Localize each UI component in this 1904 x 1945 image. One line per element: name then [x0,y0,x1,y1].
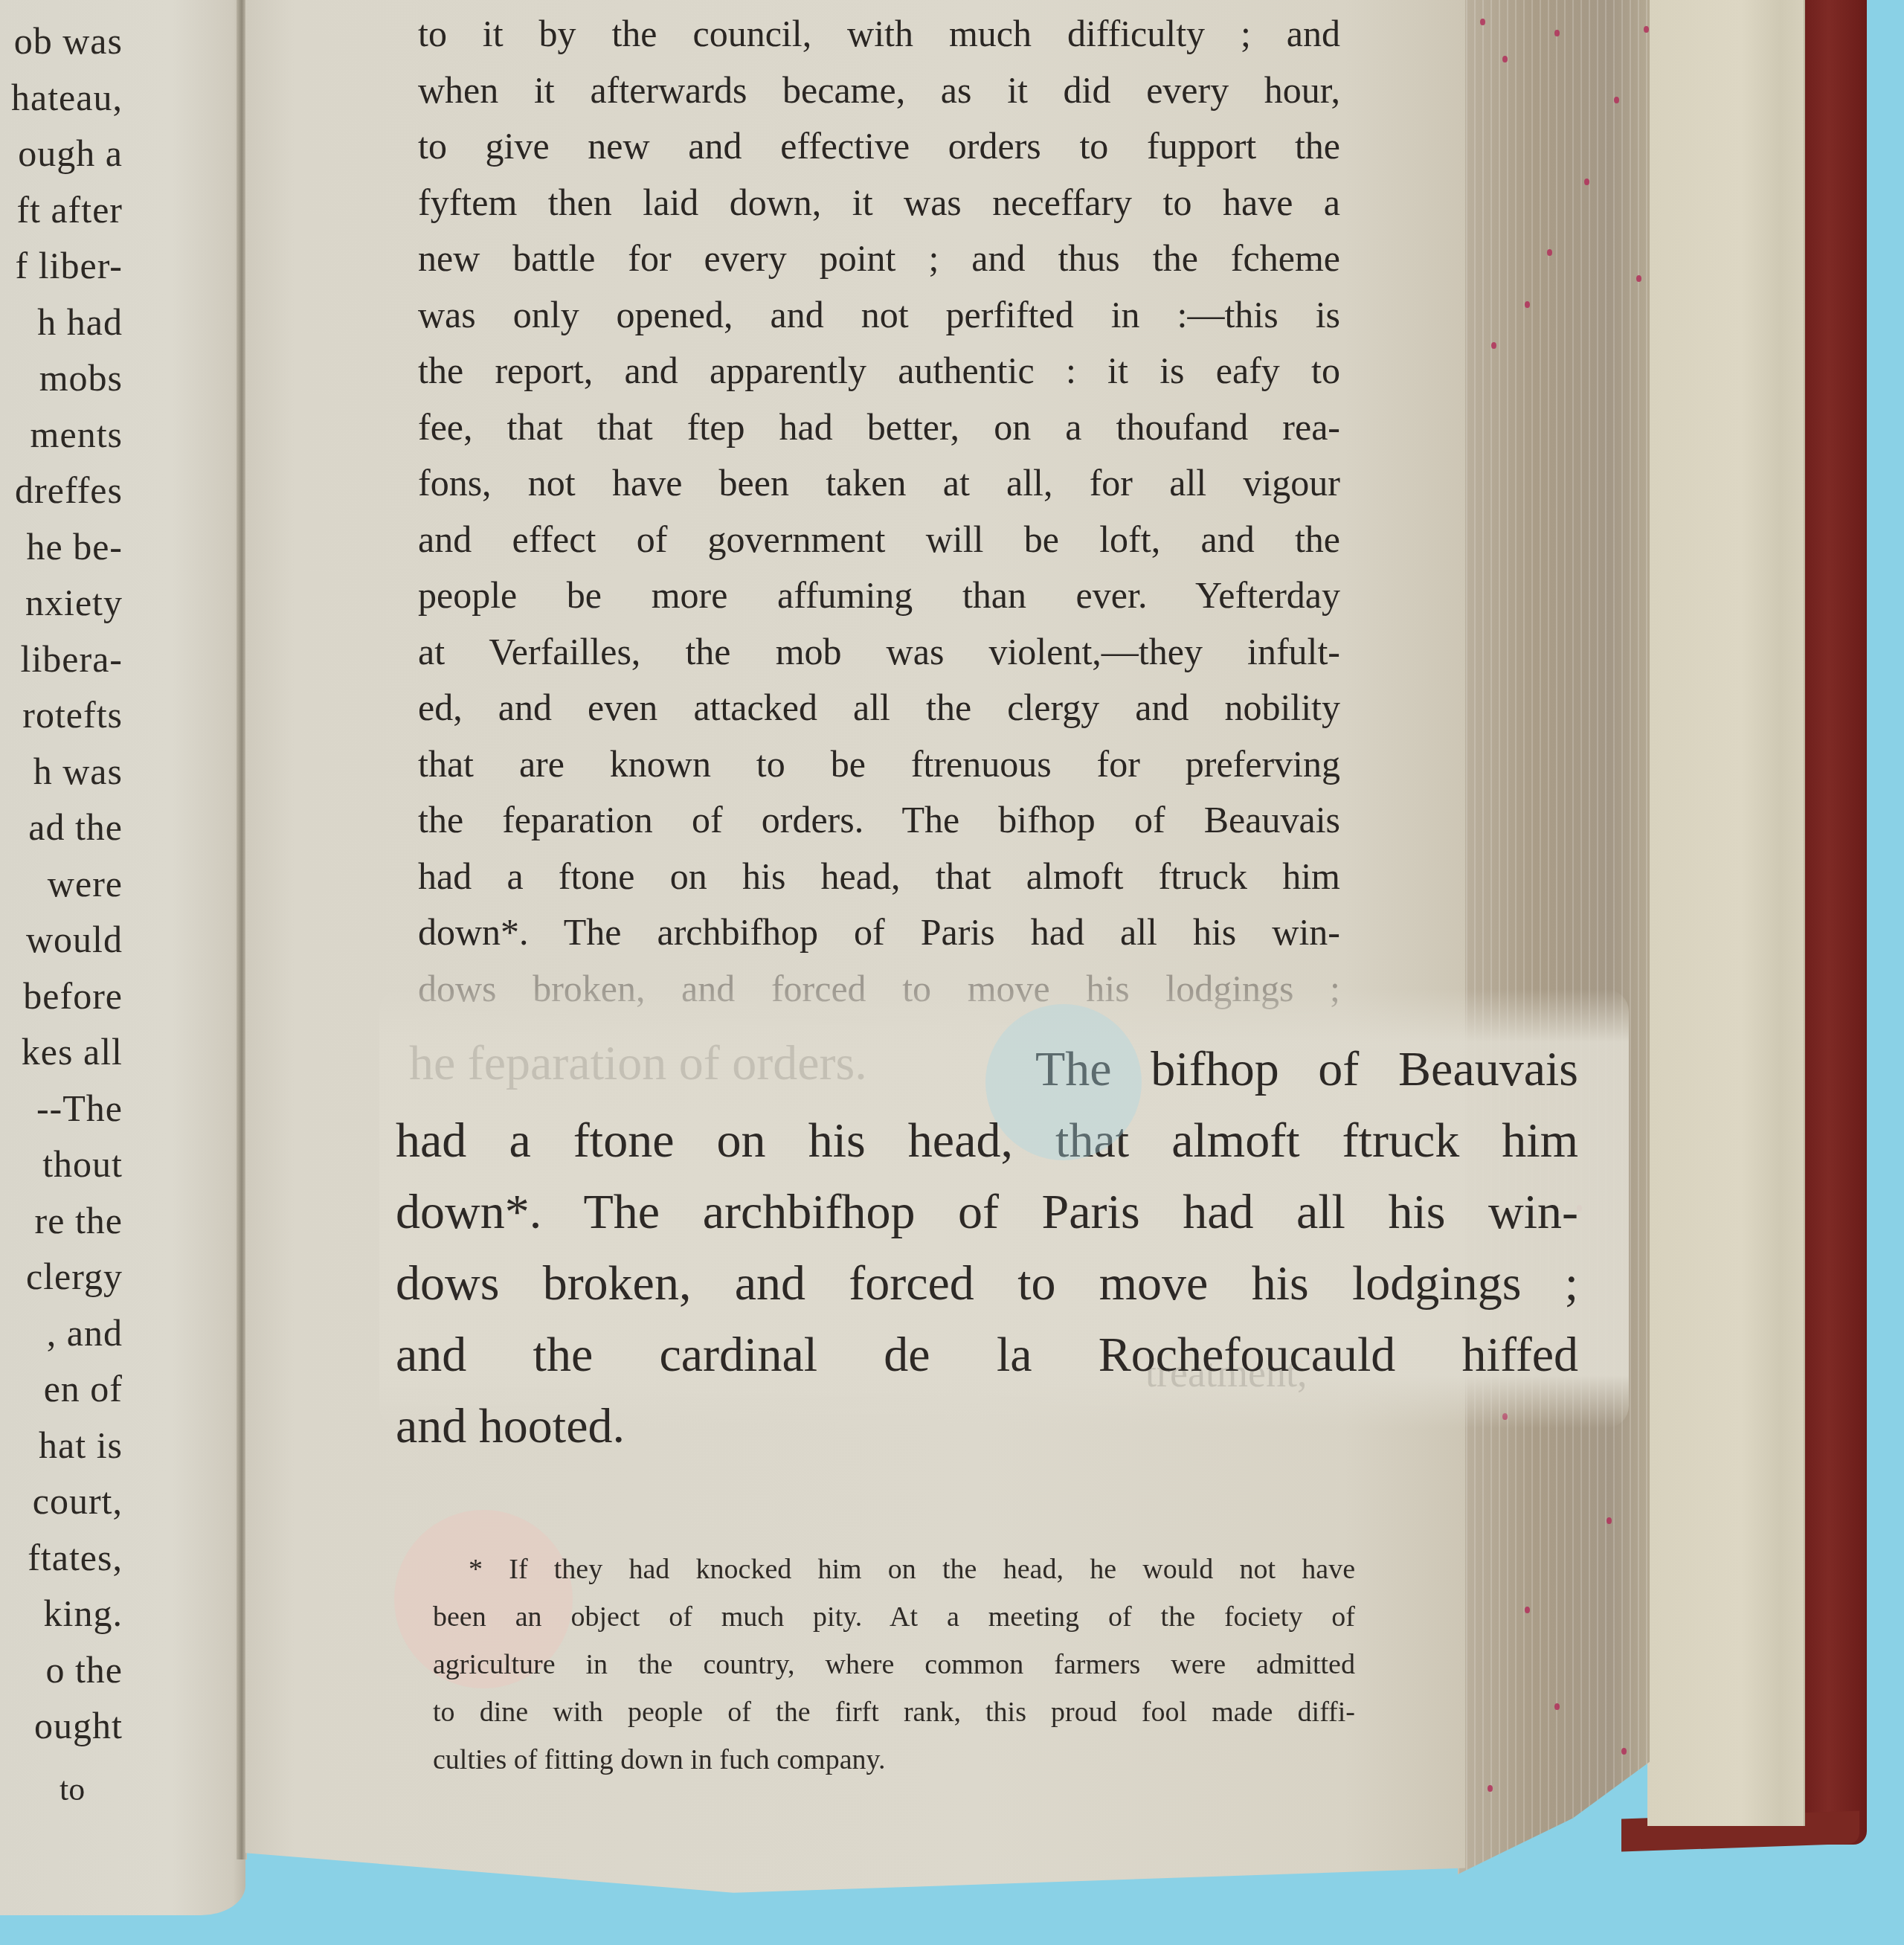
text-line: clergy [0,1249,123,1305]
text-line: was only opened, and not perfifted in :—… [418,287,1340,344]
text-line: when it afterwards became, as it did eve… [418,62,1340,119]
footnote-line: to dine with people of the firft rank, t… [433,1688,1355,1736]
left-page-text: ob was hateau, ough a ft after f liber- … [0,13,123,1755]
text-line: ought [0,1698,123,1755]
text-line: hat is [0,1418,123,1474]
magnified-line: and hooted. [396,1391,1578,1462]
text-line: down*. The archbifhop of Paris had all h… [418,904,1340,961]
text-line: kes all [0,1024,123,1081]
text-line: --The [0,1081,123,1137]
book-gutter [237,0,247,1859]
magnified-line: and the cardinal de la Rochefoucauld hif… [396,1319,1578,1391]
text-line: fee, that that ftep had better, on a tho… [418,399,1340,456]
text-line: ob was [0,13,123,70]
left-page: ob was hateau, ough a ft after f liber- … [0,0,245,1915]
text-line: the report, and apparently authentic : i… [418,343,1340,399]
endpaper [1647,0,1805,1826]
text-line: fons, not have been taken at all, for al… [418,455,1340,512]
magnified-line: down*. The archbifhop of Paris had all h… [396,1177,1578,1248]
magnified-line: dows broken, and forced to move his lodg… [396,1248,1578,1319]
text-line: were [0,856,123,913]
magnified-line: had a ftone on his head, that almoft ftr… [396,1105,1578,1177]
text-line: nxiety [0,575,123,631]
footnote: * If they had knocked him on the head, h… [433,1546,1355,1784]
text-line: king. [0,1586,123,1642]
cursor-highlight-circle [985,1004,1142,1160]
text-line: en of [0,1361,123,1418]
text-line: re the [0,1193,123,1250]
text-line: had a ftone on his head, that almoft ftr… [418,849,1340,905]
text-line: court, [0,1473,123,1530]
text-line: at Verfailles, the mob was violent,—they… [418,624,1340,681]
text-line: fyftem then laid down, it was neceffary … [418,175,1340,231]
footnote-line: culties of fitting down in fuch company. [433,1736,1355,1784]
text-line: ough a [0,126,123,182]
right-page-body-text: to it by the council, with much difficul… [418,6,1340,1017]
text-line: ft after [0,182,123,239]
text-line: h had [0,295,123,351]
text-line: h was [0,744,123,800]
text-line: thout [0,1137,123,1193]
footnote-line: agriculture in the country, where common… [433,1641,1355,1688]
text-line: ed, and even attacked all the clergy and… [418,680,1340,736]
open-book: ob was hateau, ough a ft after f liber- … [0,0,1904,1945]
text-line: ad the [0,800,123,856]
catchword: to [59,1770,85,1808]
text-line: ments [0,407,123,463]
text-line: the feparation of orders. The bifhop of … [418,792,1340,849]
text-line: hateau, [0,70,123,126]
book-cover-spine [1803,0,1867,1845]
text-line: o the [0,1642,123,1699]
footnote-line: * If they had knocked him on the head, h… [433,1546,1355,1593]
text-line: and effect of government will be loft, a… [418,512,1340,568]
text-line: to it by the council, with much difficul… [418,6,1340,62]
text-line: before [0,968,123,1025]
text-line: would [0,912,123,968]
text-line: libera- [0,631,123,688]
footnote-line: been an object of much pity. At a meetin… [433,1593,1355,1641]
text-line: that are known to be ftrenuous for prefe… [418,736,1340,793]
text-line: he be- [0,519,123,576]
text-line: new battle for every point ; and thus th… [418,231,1340,287]
text-line: f liber- [0,238,123,295]
page-fore-edge [1458,0,1650,1874]
text-line: , and [0,1305,123,1362]
text-line: dreffes [0,463,123,519]
text-line: ftates, [0,1530,123,1586]
text-line: people be more affuming than ever. Yefte… [418,568,1340,624]
text-line: mobs [0,350,123,407]
text-line: rotefts [0,687,123,744]
text-line: to give new and effective orders to fupp… [418,118,1340,175]
